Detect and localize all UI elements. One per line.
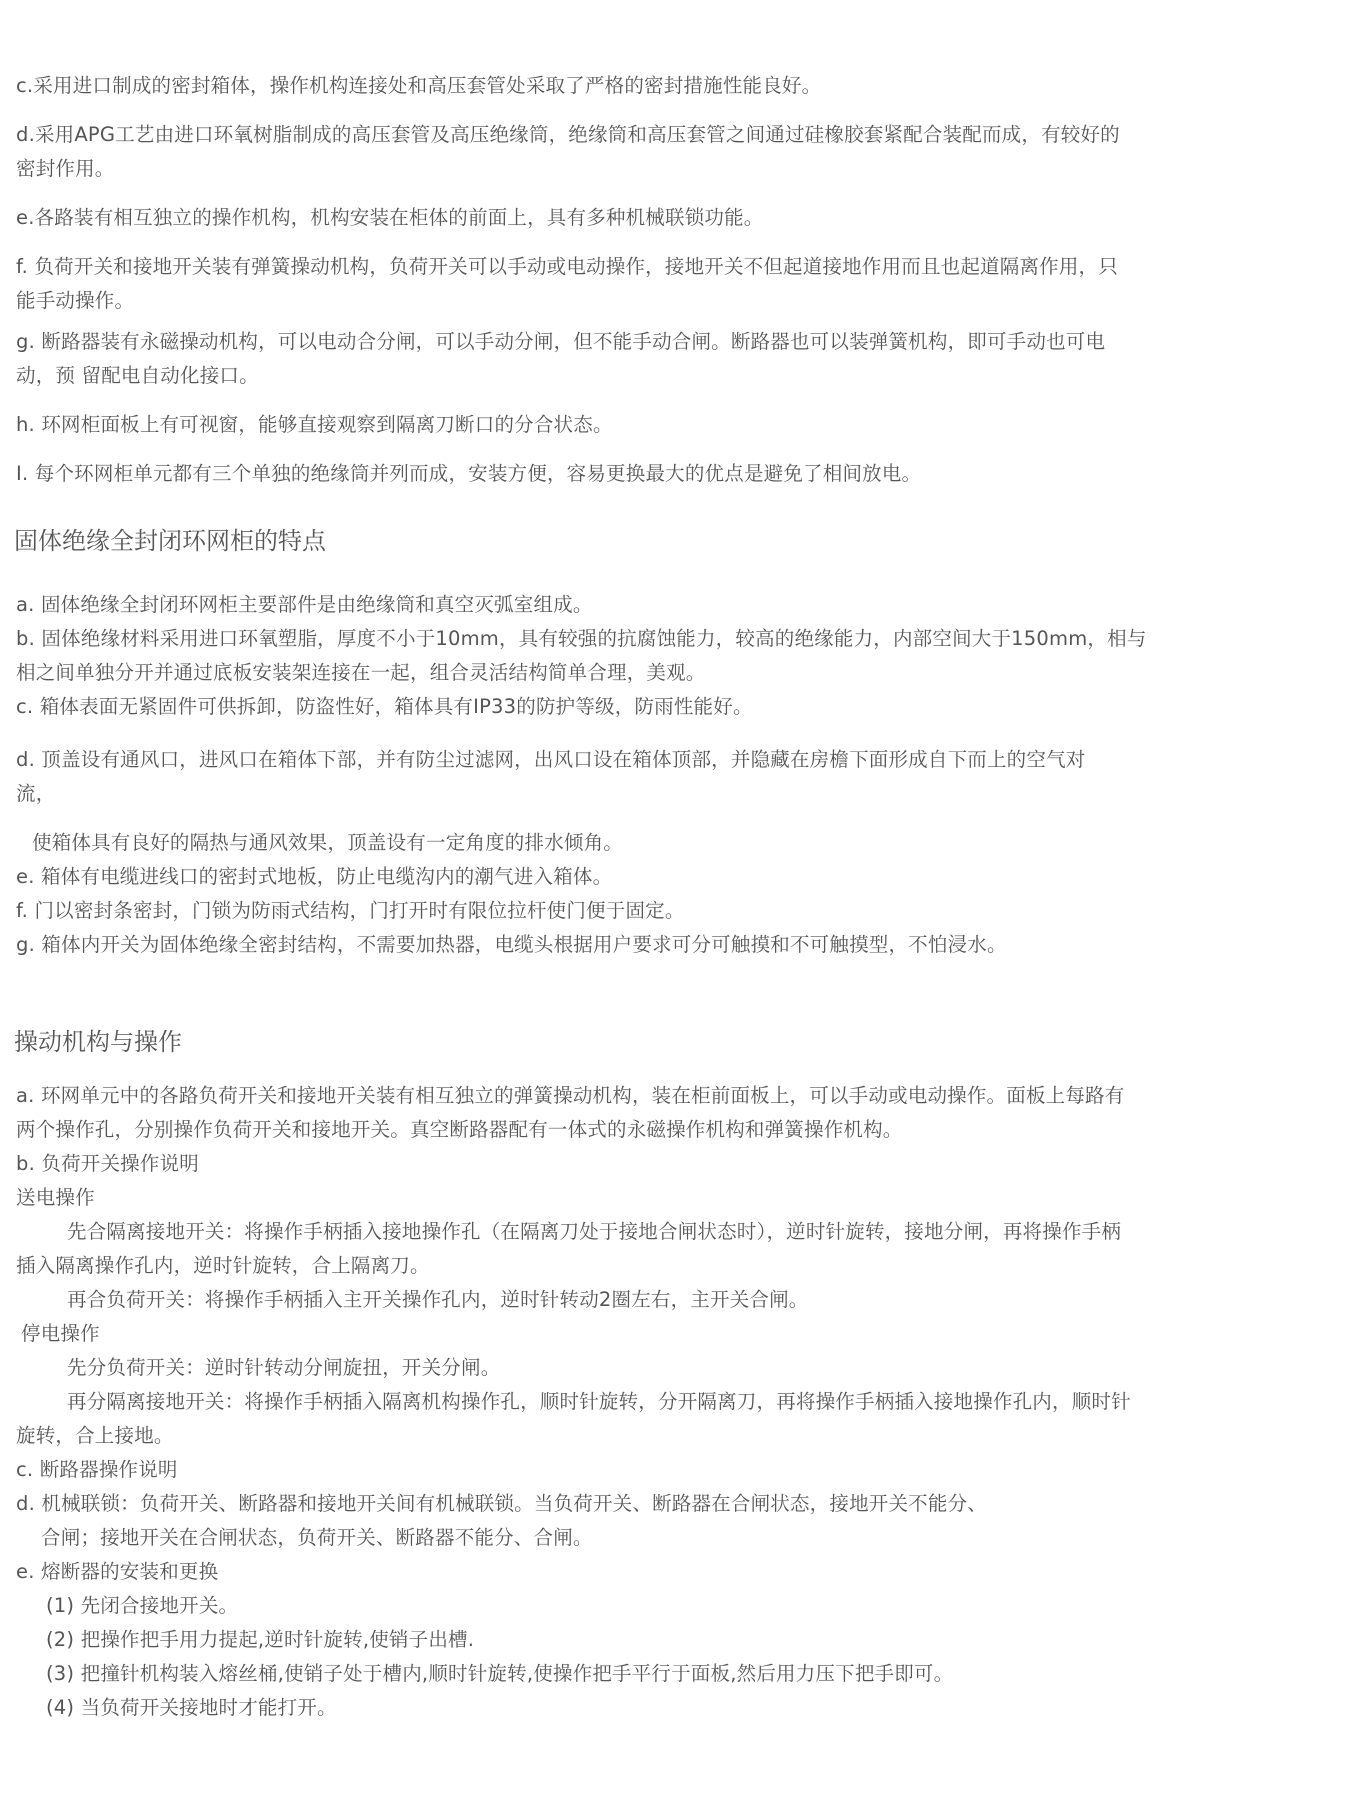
- paragraph-d-line: d. 顶盖设有通风口，进风口在箱体下部，并有防尘过滤网，出风口设在箱体顶部，并隐…: [16, 747, 1085, 773]
- paragraph-a-line: 两个操作孔，分别操作负荷开关和接地开关。真空断路器配有一体式的永磁操作机构和弹簧…: [16, 1117, 903, 1143]
- step-line: 再合负荷开关：将操作手柄插入主开关操作孔内，逆时针转动2圈左右，主开关合闸。: [67, 1287, 809, 1313]
- paragraph-c-line: c. 箱体表面无紧固件可供拆卸，防盗性好，箱体具有IP33的防护等级，防雨性能好…: [16, 694, 753, 720]
- paragraph-b-line: 相之间单独分开并通过底板安装架连接在一起，组合灵活结构简单合理，美观。: [16, 660, 706, 686]
- step-line: 旋转，合上接地。: [16, 1423, 174, 1449]
- paragraph-e-title: e. 熔断器的安装和更换: [16, 1559, 218, 1585]
- paragraph-a-line: a. 固体绝缘全封闭环网柜主要部件是由绝缘筒和真空灭弧室组成。: [16, 592, 593, 618]
- paragraph-g-line: g. 断路器装有永磁操动机构，可以电动合分闸，可以手动分闸，但不能手动合闸。断路…: [16, 329, 1105, 355]
- paragraph-d-line: d. 机械联锁：负荷开关、断路器和接地开关间有机械联锁。当负荷开关、断路器在合闸…: [16, 1491, 987, 1517]
- paragraph-f-line: f. 门以密封条密封，门锁为防雨式结构，门打开时有限位拉杆使门便于固定。: [16, 898, 685, 924]
- subheading-power-off: 停电操作: [21, 1321, 100, 1347]
- paragraph-g-line: g. 箱体内开关为固体绝缘全密封结构，不需要加热器，电缆头根据用户要求可分可触摸…: [16, 932, 1007, 958]
- step-line: 先分负荷开关：逆时针转动分闸旋扭，开关分闸。: [67, 1355, 500, 1381]
- paragraph-e-line: e.各路装有相互独立的操作机构，机构安装在柜体的前面上，具有多种机械联锁功能。: [16, 205, 764, 231]
- paragraph-f-line: 能手动操作。: [16, 288, 134, 314]
- paragraph-d-line: 密封作用。: [16, 156, 115, 182]
- paragraph-f-line: f. 负荷开关和接地开关装有弹簧操动机构，负荷开关可以手动或电动操作，接地开关不…: [16, 254, 1118, 280]
- paragraph-c-title: c. 断路器操作说明: [16, 1457, 178, 1483]
- paragraph-d-line: d.采用APG工艺由进口环氧树脂制成的高压套管及高压绝缘筒，绝缘筒和高压套管之间…: [16, 122, 1120, 148]
- paragraph-a-line: a. 环网单元中的各路负荷开关和接地开关装有相互独立的弹簧操动机构，装在柜前面板…: [16, 1083, 1124, 1109]
- paragraph-c-line: c.采用进口制成的密封箱体，操作机构连接处和高压套管处采取了严格的密封措施性能良…: [16, 73, 821, 99]
- paragraph-h-line: h. 环网柜面板上有可视窗，能够直接观察到隔离刀断口的分合状态。: [16, 412, 613, 438]
- step-line: 插入隔离操作孔内，逆时针旋转，合上隔离刀。: [16, 1253, 430, 1279]
- section-heading: 固体绝缘全封闭环网柜的特点: [14, 526, 326, 556]
- step-line: 先合隔离接地开关：将操作手柄插入接地操作孔（在隔离刀处于接地合闸状态时），逆时针…: [67, 1219, 1121, 1245]
- subheading-power-on: 送电操作: [16, 1185, 95, 1211]
- paragraph-i-line: I. 每个环网柜单元都有三个单独的绝缘筒并列而成，安装方便，容易更换最大的优点是…: [16, 461, 921, 487]
- list-item: (2) 把操作把手用力提起,逆时针旋转,使销子出槽.: [46, 1627, 474, 1653]
- section-heading: 操动机构与操作: [14, 1027, 182, 1057]
- paragraph-d-line: 合闸；接地开关在合闸状态，负荷开关、断路器不能分、合闸。: [41, 1525, 593, 1551]
- paragraph-e-line: e. 箱体有电缆进线口的密封式地板，防止电缆沟内的潮气进入箱体。: [16, 864, 612, 890]
- paragraph-b-line: b. 固体绝缘材料采用进口环氧塑脂，厚度不小于10mm，具有较强的抗腐蚀能力，较…: [16, 626, 1147, 652]
- paragraph-d-line: 流，: [16, 781, 55, 807]
- list-item: (3) 把撞针机构装入熔丝桶,使销子处于槽内,顺时针旋转,使操作把手平行于面板,…: [46, 1661, 953, 1687]
- paragraph-g-line: 动，预 留配电自动化接口。: [16, 363, 259, 389]
- paragraph-d-continuation: 使箱体具有良好的隔热与通风效果，顶盖设有一定角度的排水倾角。: [32, 830, 623, 856]
- step-line: 再分隔离接地开关：将操作手柄插入隔离机构操作孔，顺时针旋转，分开隔离刀，再将操作…: [67, 1389, 1131, 1415]
- list-item: (4) 当负荷开关接地时才能打开。: [46, 1695, 337, 1721]
- paragraph-b-title: b. 负荷开关操作说明: [16, 1151, 199, 1177]
- list-item: (1) 先闭合接地开关。: [46, 1593, 238, 1619]
